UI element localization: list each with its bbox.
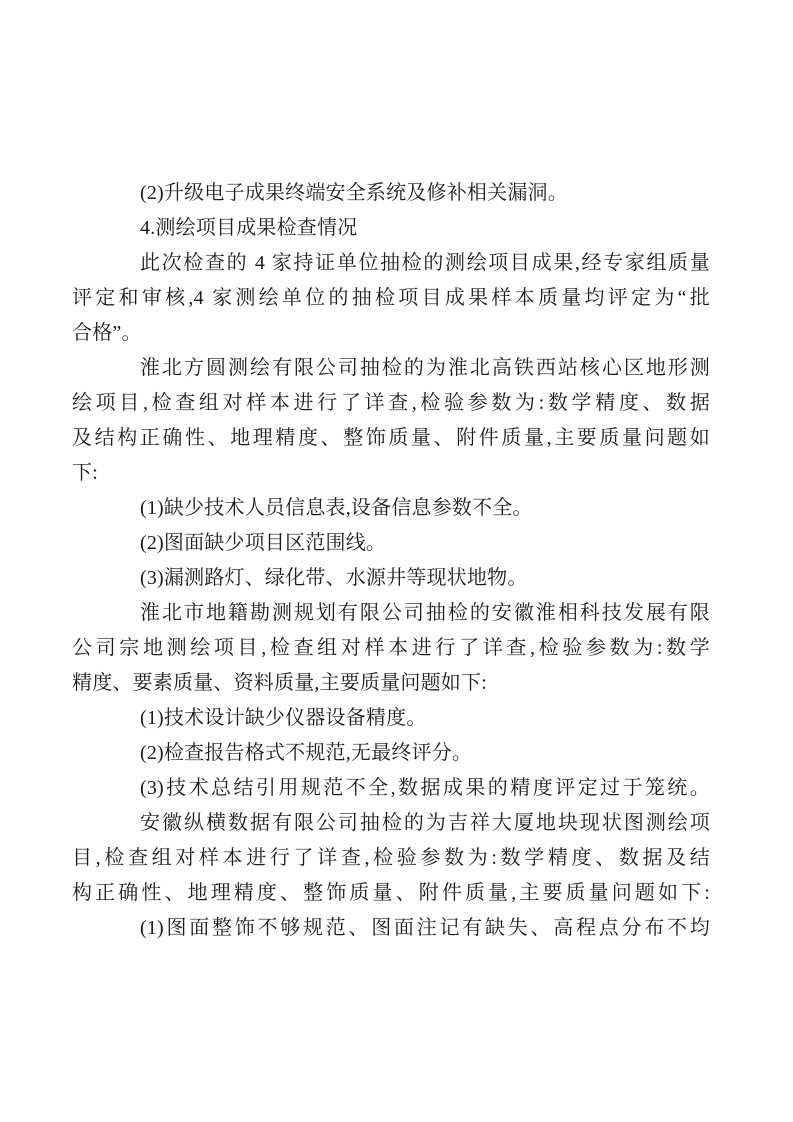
text-line: 下: xyxy=(72,456,710,491)
text-line: 安徽纵横数据有限公司抽检的为吉祥大厦地块现状图测绘项 xyxy=(72,806,710,841)
paragraph: 淮北市地籍勘测规划有限公司抽检的安徽淮相科技发展有限 公司宗地测绘项目,检查组对… xyxy=(72,596,710,701)
paragraph-heading: 4.测绘项目成果检查情况 xyxy=(72,211,710,246)
paragraph: (1)图面整饰不够规范、图面注记有缺失、高程点分布不均 xyxy=(72,911,710,946)
text-line: (3)漏测路灯、绿化带、水源井等现状地物。 xyxy=(72,561,710,596)
text-line: (1)图面整饰不够规范、图面注记有缺失、高程点分布不均 xyxy=(72,911,710,946)
text-line: 评定和审核,4 家测绘单位的抽检项目成果样本质量均评定为“批 xyxy=(72,281,710,316)
text-line: (2)升级电子成果终端安全系统及修补相关漏洞。 xyxy=(72,176,710,211)
text-line: (2)图面缺少项目区范围线。 xyxy=(72,526,710,561)
text-line: 淮北市地籍勘测规划有限公司抽检的安徽淮相科技发展有限 xyxy=(72,596,710,631)
text-line: 目,检查组对样本进行了详查,检验参数为:数学精度、数据及结 xyxy=(72,841,710,876)
text-line: (2)检查报告格式不规范,无最终评分。 xyxy=(72,736,710,771)
document-page: (2)升级电子成果终端安全系统及修补相关漏洞。 4.测绘项目成果检查情况 此次检… xyxy=(0,0,793,1122)
paragraph: 淮北方圆测绘有限公司抽检的为淮北高铁西站核心区地形测 绘项目,检查组对样本进行了… xyxy=(72,351,710,491)
paragraph: (2)升级电子成果终端安全系统及修补相关漏洞。 xyxy=(72,176,710,211)
paragraph: (2)检查报告格式不规范,无最终评分。 xyxy=(72,736,710,771)
paragraph: (2)图面缺少项目区范围线。 xyxy=(72,526,710,561)
text-line: 公司宗地测绘项目,检查组对样本进行了详查,检验参数为:数学 xyxy=(72,631,710,666)
text-line: 4.测绘项目成果检查情况 xyxy=(72,211,710,246)
paragraph: (1)缺少技术人员信息表,设备信息参数不全。 xyxy=(72,491,710,526)
text-line: 精度、要素质量、资料质量,主要质量问题如下: xyxy=(72,666,710,701)
text-line: 绘项目,检查组对样本进行了详查,检验参数为:数学精度、数据 xyxy=(72,386,710,421)
text-line: (3)技术总结引用规范不全,数据成果的精度评定过于笼统。 xyxy=(72,771,710,806)
paragraph: (3)漏测路灯、绿化带、水源井等现状地物。 xyxy=(72,561,710,596)
text-line: (1)技术设计缺少仪器设备精度。 xyxy=(72,701,710,736)
text-line: (1)缺少技术人员信息表,设备信息参数不全。 xyxy=(72,491,710,526)
paragraph: (3)技术总结引用规范不全,数据成果的精度评定过于笼统。 xyxy=(72,771,710,806)
paragraph: (1)技术设计缺少仪器设备精度。 xyxy=(72,701,710,736)
text-line: 合格”。 xyxy=(72,316,710,351)
paragraph: 此次检查的 4 家持证单位抽检的测绘项目成果,经专家组质量 评定和审核,4 家测… xyxy=(72,246,710,351)
paragraph: 安徽纵横数据有限公司抽检的为吉祥大厦地块现状图测绘项 目,检查组对样本进行了详查… xyxy=(72,806,710,911)
text-line: 构正确性、地理精度、整饰质量、附件质量,主要质量问题如下: xyxy=(72,876,710,911)
text-line: 及结构正确性、地理精度、整饰质量、附件质量,主要质量问题如 xyxy=(72,421,710,456)
text-line: 此次检查的 4 家持证单位抽检的测绘项目成果,经专家组质量 xyxy=(72,246,710,281)
text-line: 淮北方圆测绘有限公司抽检的为淮北高铁西站核心区地形测 xyxy=(72,351,710,386)
